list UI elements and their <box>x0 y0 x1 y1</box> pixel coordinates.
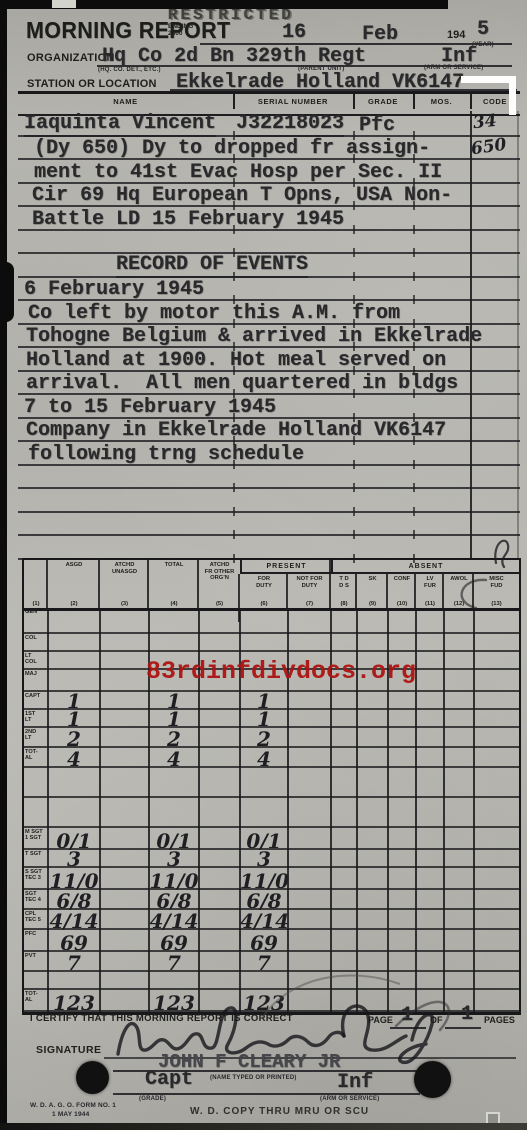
stats-row: TOT-AL444 <box>24 748 519 768</box>
stats-column-header: FORDUTY(6) <box>240 574 288 608</box>
col-grade: GRADE <box>353 94 413 109</box>
report-month: Feb <box>362 23 398 46</box>
year-printed: 194 <box>447 29 465 41</box>
corner-bracket-vertical <box>509 76 516 115</box>
arm-value: Inf <box>337 1071 373 1094</box>
stats-header: PRESENTABSENT(1)ASGD(2)ATCHDUNASGD(3)TOT… <box>24 560 519 611</box>
entry-row: Iaquinta VincentJ32218023Pfc <box>18 111 520 137</box>
certify-text: I CERTIFY THAT THIS MORNING REPORT IS CO… <box>30 1013 293 1024</box>
page-number: 1 <box>401 1004 413 1027</box>
stats-row: SGTTEC 46/86/86/8 <box>24 890 519 910</box>
code-mark-1: 34 <box>472 111 498 133</box>
page-label: PAGE <box>368 1015 393 1025</box>
stats-row: S SGTTEC 311/011/011/0 <box>24 868 519 890</box>
stats-row: PFC696969 <box>24 930 519 952</box>
stats-row: CPLTEC 54/144/144/14 <box>24 910 519 930</box>
stats-row-label: SGTTEC 4 <box>25 891 41 904</box>
col-mos: MOS. <box>413 94 470 109</box>
pages-number: 1 <box>461 1003 473 1026</box>
entry-row: (Dy 650) Dy to dropped fr assign- <box>18 135 520 161</box>
entry-row: Co left by motor this A.M. from <box>18 299 520 325</box>
of-label: OF <box>430 1015 443 1025</box>
stats-row-label: CPLTEC 5 <box>25 911 41 924</box>
stats-row-label: T SGT <box>25 851 41 857</box>
col-name: NAME <box>18 94 233 109</box>
stats-row-label: MAJ <box>25 671 37 677</box>
stats-row-label: GEN <box>25 609 37 615</box>
stats-column-header: T DD S(8) <box>331 574 357 608</box>
entry-text: (Dy 650) Dy to dropped fr assign- <box>34 137 430 160</box>
stats-row-label: S SGTTEC 3 <box>25 869 42 882</box>
entry-text: 6 February 1945 <box>24 278 204 301</box>
stats-column-header: MISCFUD(13) <box>474 574 519 608</box>
entry-row: Battle LD 15 February 1945 <box>18 205 520 231</box>
year-typed: 5 <box>477 18 489 41</box>
pages-label: PAGES <box>484 1015 515 1025</box>
copy-text: W. D. COPY THRU MRU OR SCU <box>190 1106 369 1117</box>
stats-row-label: 1STLT <box>25 711 35 724</box>
typed-name-label: (NAME TYPED OR PRINTED) <box>210 1075 297 1081</box>
stats-column-header: TOTAL(4) <box>149 560 199 608</box>
report-day: 16 <box>282 21 306 44</box>
grade-arm-line <box>113 1093 420 1095</box>
hole-punch-left <box>76 1061 109 1094</box>
stats-row <box>24 768 519 798</box>
stats-row-label: TOT-AL <box>25 991 38 1004</box>
form-title: MORNING REPORT <box>26 18 230 45</box>
stats-row-label: LTCOL <box>25 653 37 666</box>
entry-text: RECORD OF EVENTS <box>116 253 308 278</box>
stats-row: GEN <box>24 608 519 634</box>
stats-row <box>24 972 519 990</box>
scan-white-spot <box>52 0 76 8</box>
stats-value: 123 <box>149 991 199 1015</box>
entry-row: 7 to 15 February 1945 <box>18 393 520 419</box>
entry-text: Company in Ekkelrade Holland VK6147 <box>26 419 446 442</box>
station-label: STATION OR LOCATION <box>27 78 157 90</box>
stats-row: T SGT333 <box>24 850 519 868</box>
entry-row <box>18 229 520 255</box>
entry-row: Company in Ekkelrade Holland VK6147 <box>18 417 520 443</box>
entry-text: J32218023 <box>236 112 344 137</box>
stats-row: PVT777 <box>24 952 519 972</box>
entry-text: Tohogne Belgium & arrived in Ekkelrade <box>26 325 482 348</box>
stats-row <box>24 798 519 828</box>
stats-table: PRESENTABSENT(1)ASGD(2)ATCHDUNASGD(3)TOT… <box>22 558 521 1015</box>
stats-group-absent: ABSENT <box>331 560 519 574</box>
stats-value: 123 <box>48 991 100 1015</box>
entry-text: Pfc <box>359 114 395 137</box>
entry-row: Tohogne Belgium & arrived in Ekkelrade <box>18 323 520 349</box>
entry-row <box>18 511 520 537</box>
grade-value: Capt <box>145 1068 193 1091</box>
stats-column-header: NOT FORDUTY(7) <box>288 574 331 608</box>
corner-bracket-horizontal <box>461 76 516 83</box>
hole-punch-right <box>414 1061 451 1098</box>
entry-text: Cir 69 Hq European T Opns, USA Non- <box>32 184 452 207</box>
entry-row <box>18 534 520 560</box>
entry-text: following trng schedule <box>28 443 304 466</box>
form-number: W. D. A. G. O. FORM NO. 1 <box>30 1102 116 1109</box>
page-line <box>390 1027 426 1029</box>
entry-text: Holland at 1900. Hot meal served on <box>26 349 446 372</box>
stats-column-header: ATCHDUNASGD(3) <box>100 560 149 608</box>
entry-row: Cir 69 Hq European T Opns, USA Non- <box>18 182 520 208</box>
stats-row-label: CAPT <box>25 693 40 699</box>
stats-row-label: PVT <box>25 953 36 959</box>
entry-row: Holland at 1900. Hot meal served on <box>18 346 520 372</box>
entry-row: 6 February 1945 <box>18 276 520 302</box>
stats-row: TOT-AL123123123 <box>24 990 519 1012</box>
entry-body: Iaquinta VincentJ32218023Pfc(Dy 650) Dy … <box>18 111 520 558</box>
stats-row-label: TOT-AL <box>25 749 38 762</box>
entry-row: arrival. All men quartered in bldgs <box>18 370 520 396</box>
entry-text: Iaquinta Vincent <box>24 112 216 137</box>
org-sub-label: (HQ. CO. DET., ETC.) <box>98 67 161 73</box>
entry-row: RECORD OF EVENTS <box>18 252 520 278</box>
stats-row-label: COL <box>25 635 37 641</box>
entry-row: ment to 41st Evac Hosp per Sec. II <box>18 158 520 184</box>
stats-row: COL <box>24 634 519 652</box>
stats-row-label: M SGT1 SGT <box>25 829 43 842</box>
scanned-morning-report: { "document": { "classification": "RESTR… <box>0 0 527 1130</box>
grade-label: (GRADE) <box>139 1096 166 1102</box>
watermark: 83rdinfdivdocs.org <box>146 657 416 686</box>
arm-label: (ARM OR SERVICE) <box>320 1096 379 1102</box>
stats-group-present: PRESENT <box>240 560 331 574</box>
scan-edge-left <box>0 0 7 1130</box>
stats-column-header: SK(9) <box>357 574 388 608</box>
stats-column-header: CONF(10) <box>388 574 416 608</box>
stats-column-header: ATCHDFR OTHERORG'N(5) <box>199 560 240 608</box>
stats-value: 123 <box>240 991 288 1015</box>
entry-row <box>18 487 520 513</box>
form-date: 1 MAY 1944 <box>52 1111 89 1118</box>
scan-notch-left <box>0 262 14 322</box>
entry-text: arrival. All men quartered in bldgs <box>26 372 458 395</box>
entry-text: Battle LD 15 February 1945 <box>32 208 344 231</box>
signature-label: SIGNATURE <box>36 1044 102 1056</box>
entry-text: 7 to 15 February 1945 <box>24 396 276 419</box>
stats-row-label: PFC <box>25 931 36 937</box>
stats-row-label: 2NDLT <box>25 729 36 742</box>
col-serial: SERIAL NUMBER <box>233 94 353 109</box>
stats-column-header: ASGD(2) <box>48 560 100 608</box>
entry-row: following trng schedule <box>18 440 520 466</box>
stats-column-header: LVFUR(11) <box>416 574 444 608</box>
stats-column-header: (1) <box>24 560 48 608</box>
scan-edge-bottom <box>0 1123 527 1130</box>
stats-row: 2NDLT222 <box>24 728 519 748</box>
entry-row <box>18 464 520 490</box>
ending-label: ENDING2400 <box>168 23 193 37</box>
stats-row: 1STLT111 <box>24 710 519 728</box>
entry-text: ment to 41st Evac Hosp per Sec. II <box>34 161 442 184</box>
stats-column-header: AWOL(12) <box>444 574 474 608</box>
entry-text: Co left by motor this A.M. from <box>28 302 400 325</box>
pages-line <box>445 1027 481 1029</box>
